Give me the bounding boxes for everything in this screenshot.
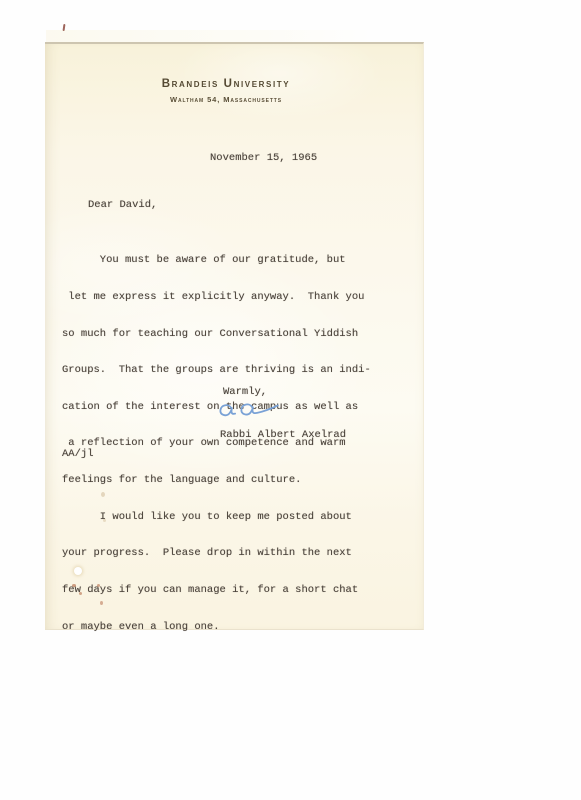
paper-edge-sliver	[46, 30, 376, 42]
body-line: let me express it explicitly anyway. Tha…	[62, 291, 371, 303]
closing-warmly: Warmly,	[223, 386, 267, 398]
typist-reference: AA/jl	[62, 448, 94, 460]
body-line: or maybe even a long one.	[62, 621, 371, 633]
scan-speck	[100, 601, 103, 605]
scan-speck	[74, 567, 82, 575]
salutation: Dear David,	[88, 199, 157, 211]
scan-speck	[97, 584, 100, 587]
scan-speck	[101, 492, 105, 497]
signer-name: Rabbi Albert Axelrad	[220, 429, 346, 441]
scan-speck	[79, 592, 82, 595]
body-line: You must be aware of our gratitude, but	[62, 254, 371, 266]
letter-date: November 15, 1965	[210, 152, 317, 164]
body-line: Groups. That the groups are thriving is …	[62, 364, 371, 376]
body-line: feelings for the language and culture.	[62, 474, 371, 486]
body-line: I would like you to keep me posted about	[62, 511, 371, 523]
scanned-letter-page: Brandeis University Waltham 54, Massachu…	[0, 0, 581, 800]
signature-handwritten-aa	[217, 397, 282, 423]
letter-body: You must be aware of our gratitude, but …	[62, 230, 371, 657]
scan-speck	[103, 519, 106, 522]
scan-speck	[72, 584, 76, 587]
body-line: few days if you can manage it, for a sho…	[62, 584, 371, 596]
body-line: so much for teaching our Conversational …	[62, 328, 371, 340]
letterhead-address: Waltham 54, Massachusetts	[170, 95, 282, 104]
letterhead-institution: Brandeis University	[162, 78, 290, 90]
body-line: your progress. Please drop in within the…	[62, 547, 371, 559]
